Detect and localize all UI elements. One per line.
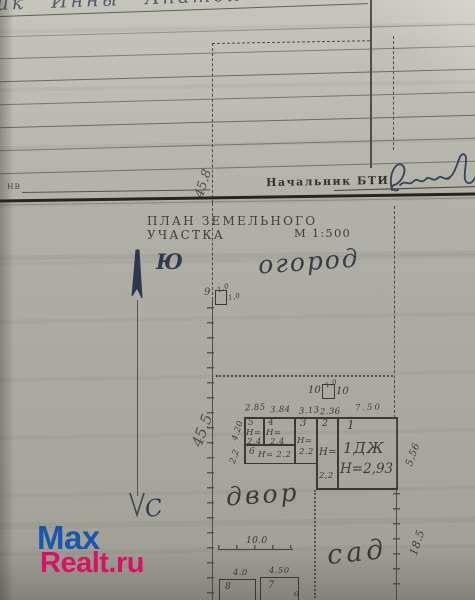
garden-label: огород	[257, 243, 360, 279]
plot-boundary-right-dashed	[394, 206, 395, 418]
bldg-dim-2-36: 2.36	[320, 407, 341, 418]
yard-width-ticks	[218, 545, 295, 550]
well9-dim-top: 1.0	[216, 282, 231, 294]
dim-right-18-5: 18.5	[407, 528, 427, 557]
plan-title-line1: ПЛАН ЗЕМЕЛЬНОГО	[147, 214, 317, 228]
room1-type-label: 1ДЖ	[343, 439, 385, 457]
outbldg7-number: 7	[268, 580, 274, 591]
bldg-wall-bottom-left	[244, 463, 318, 465]
bldg-dim-7-50: 7.50	[355, 403, 382, 414]
form-section: ик Инны Анатол 45.8 НВ Начальник БТИ	[0, 0, 475, 203]
room4-number: 4	[268, 418, 274, 428]
room1-height-label: Н=2,93	[340, 461, 393, 477]
room2-h-value: 2,2	[319, 471, 334, 481]
form-column-line	[370, 0, 372, 168]
room6-number: 6	[249, 447, 255, 457]
plan-title-line2: УЧАСТКА	[147, 228, 225, 242]
room3-number: 3	[300, 418, 306, 429]
shed10-left-label: 10	[308, 385, 321, 396]
room3-h-value: 2.2	[299, 447, 314, 457]
shed10-right-label: 10	[336, 386, 349, 397]
bldg-wall-2-1	[337, 417, 339, 490]
well9-number: 9	[204, 287, 210, 298]
bldg-wall-3-2	[316, 417, 318, 490]
outbldg8-number: 8	[225, 582, 231, 592]
compass-arrow-tail	[128, 247, 148, 307]
bldg-wall-5-4	[263, 417, 265, 445]
room3-h: Н=	[297, 436, 312, 446]
outbldg7-dim: 4.50	[269, 566, 290, 576]
compass-arrow-shaft	[137, 300, 138, 496]
dim-right-5-56: 5.56	[404, 442, 423, 468]
plot-boundary-right-ticks	[393, 493, 400, 597]
room6-h: Н= 2.2	[258, 450, 291, 460]
yard-label: двор	[225, 477, 300, 511]
bldg-wall-bottom-right	[316, 488, 398, 490]
garden-separator-dotted	[216, 375, 393, 377]
bldg-wall-4-3	[294, 417, 296, 463]
bldg-wall-right	[397, 417, 399, 490]
compass-south-label: Ю	[156, 249, 183, 274]
room4-h-value: 2.4	[270, 437, 285, 447]
orchard-label: сад	[326, 534, 389, 571]
bldg-dim-2-85: 2.85	[245, 402, 266, 413]
plot-boundary-left-ticks	[207, 307, 214, 595]
room5-h-value: 2.4	[247, 437, 262, 447]
bldg-dim-3-84: 3.84	[270, 405, 291, 416]
watermark-line2: Realt.ru	[40, 547, 144, 580]
well9-dim-right: 1,0	[227, 292, 241, 302]
bldg-dim-2-2-left: 2.2	[228, 448, 242, 465]
room1-number: 1	[347, 418, 355, 432]
room5-number: 5	[248, 418, 254, 428]
plot-boundary-left-dashed	[212, 203, 213, 300]
signature	[382, 150, 475, 196]
room2-number: 2	[322, 418, 328, 429]
plot-boundary-right-upper-form	[393, 36, 394, 150]
yard-orchard-separator-dotted	[314, 490, 316, 598]
bldg-dim-3-13: 3.13	[299, 405, 320, 416]
chief-bti-label: Начальник БТИ	[266, 174, 390, 189]
outbldg8-dim: 4.0	[233, 568, 248, 578]
nb-label: НВ	[7, 182, 21, 191]
plan-scale: М 1:500	[294, 226, 351, 240]
bldg-wall-left	[244, 417, 246, 464]
compass-north-label: С	[143, 495, 165, 524]
scanned-bti-plan-document: ик Инны Анатол 45.8 НВ Начальник БТИ ПЛА…	[0, 0, 475, 600]
room2-h: Н=	[319, 447, 337, 458]
outbldg-small-mark: о	[294, 589, 299, 598]
